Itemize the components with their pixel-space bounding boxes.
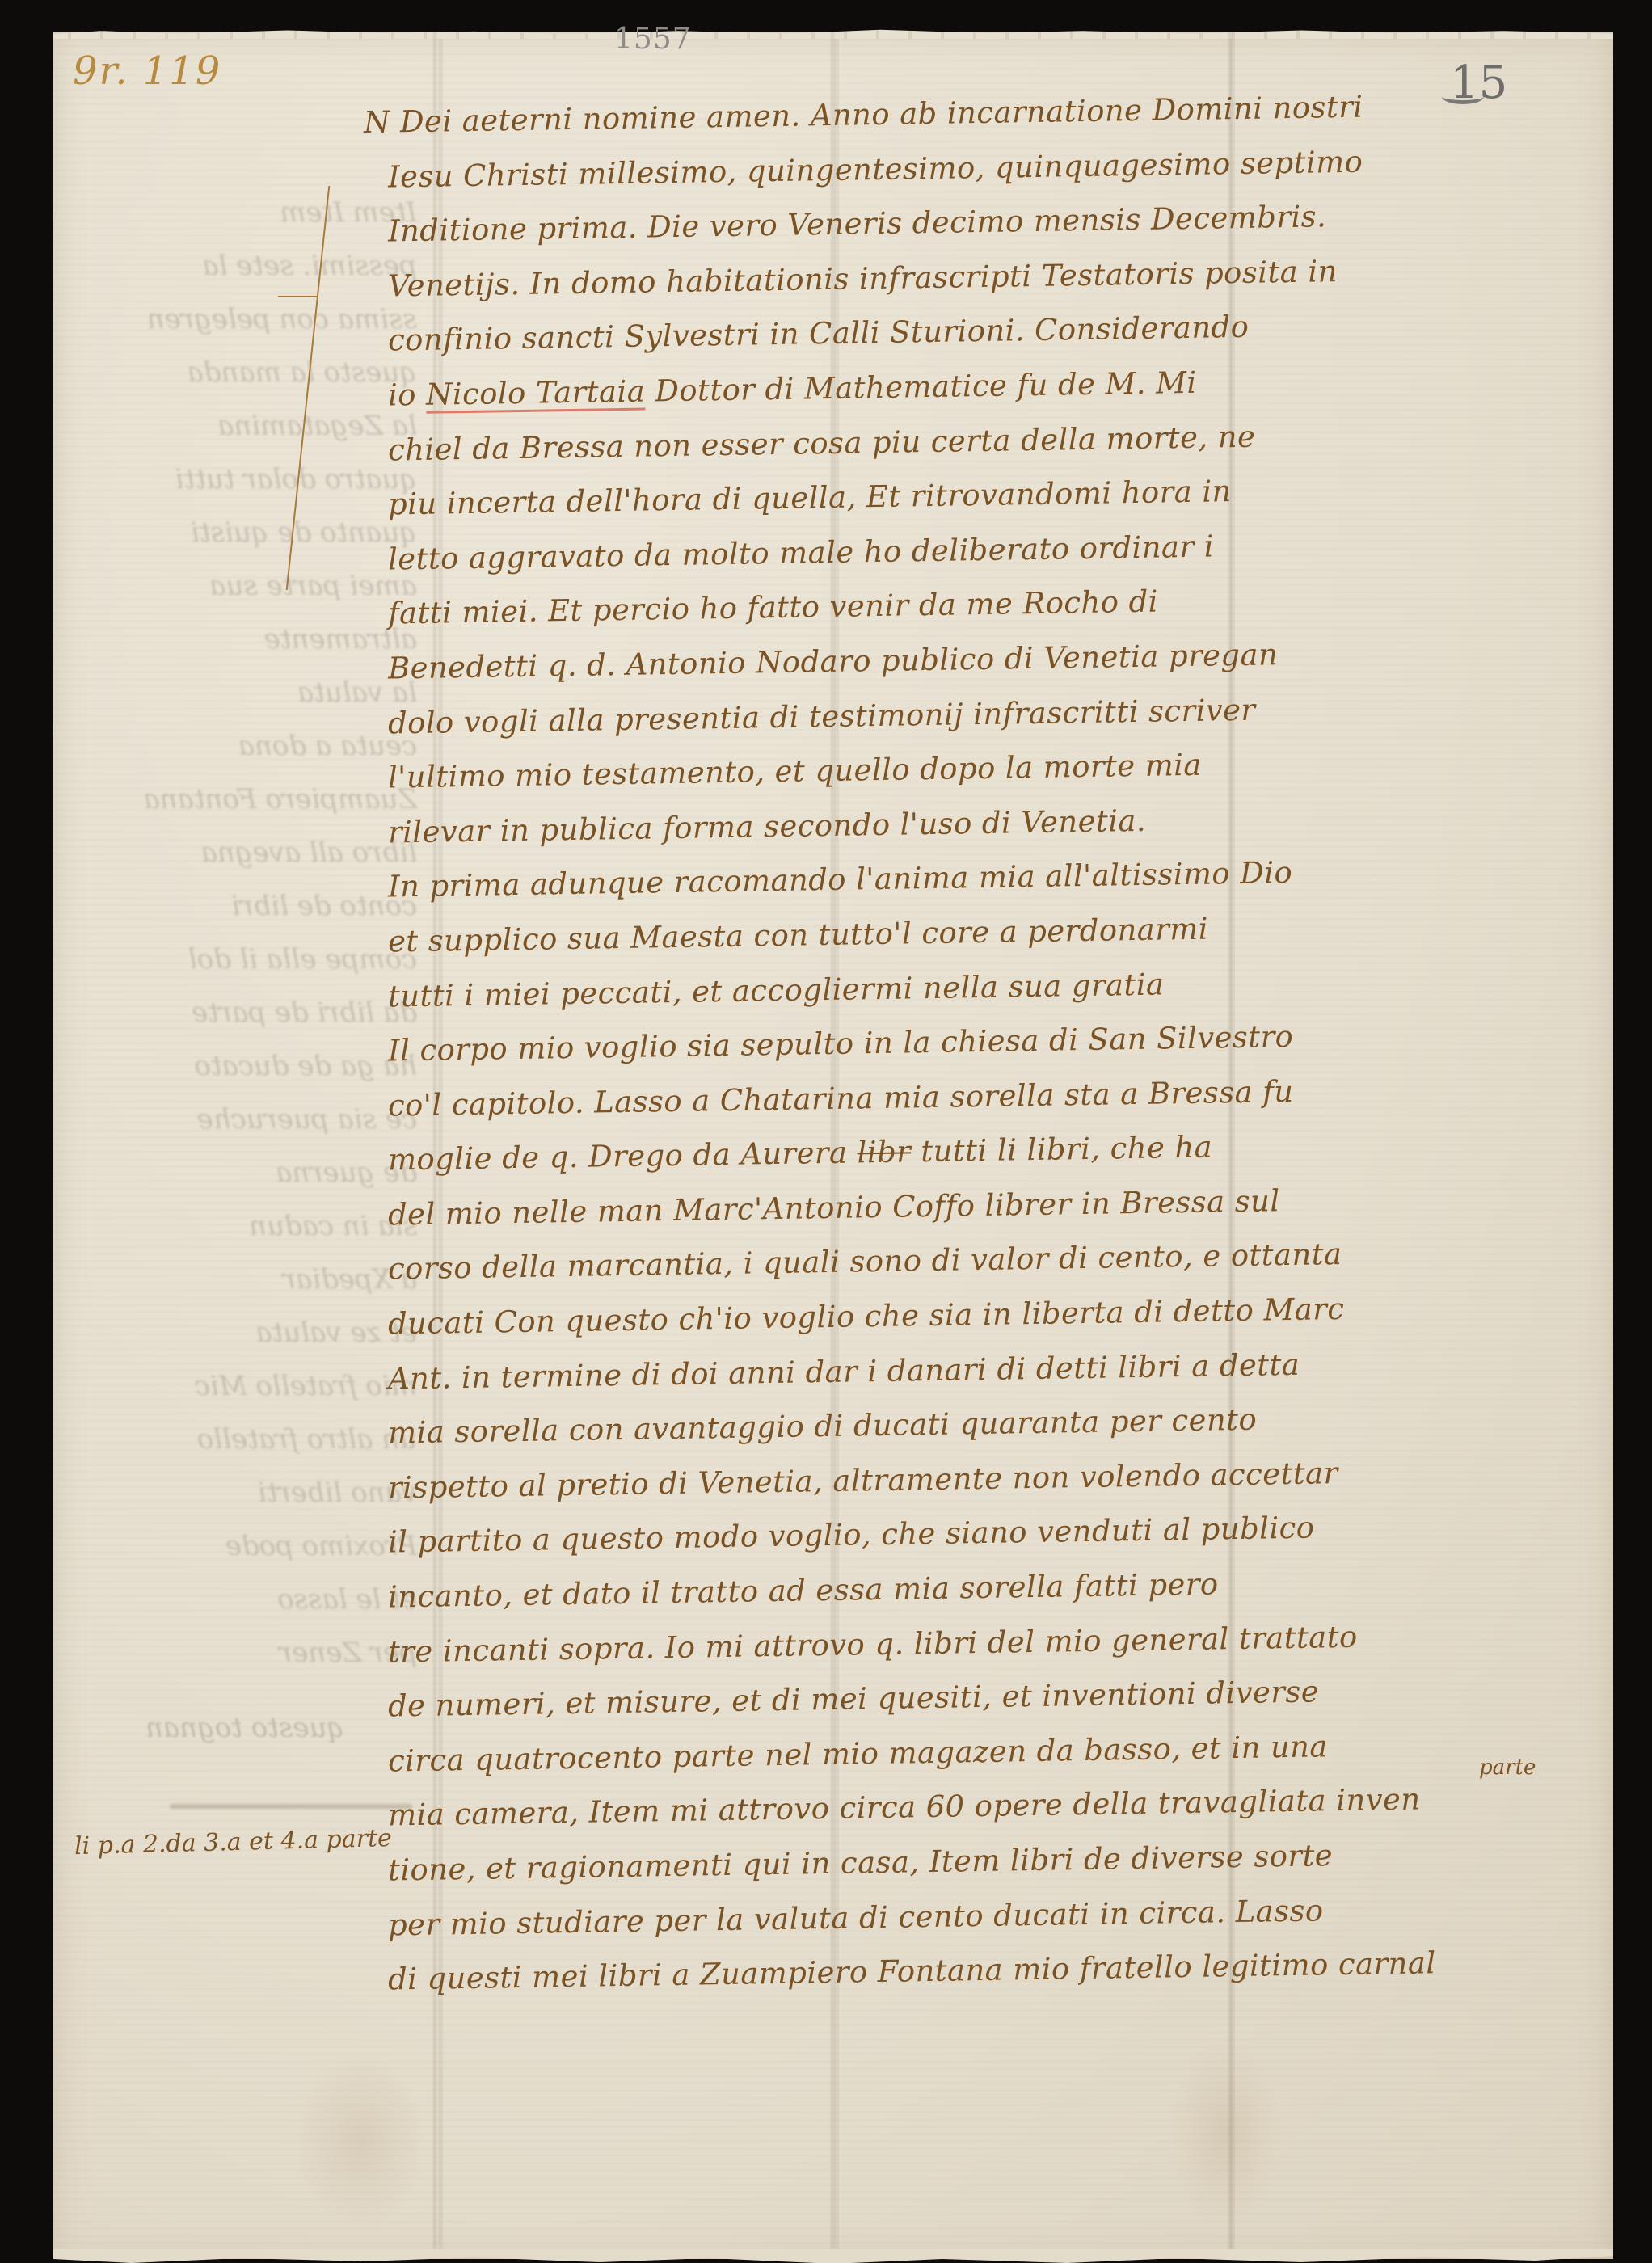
year-pencil-note: 1557 [614, 23, 692, 56]
struck-word: libr [857, 1135, 911, 1170]
folio-number-ink: 9r. 119 [73, 48, 221, 94]
water-stain [296, 2053, 425, 2231]
margin-bleed-through: questo tognan [145, 1712, 344, 1744]
text-line-prefix: moglie de q. Drego da Aurera [388, 1136, 858, 1178]
underlined-name-tartaglia: Nicolo Tartaia [426, 374, 646, 412]
margin-smudge [170, 1804, 412, 1809]
interlinear-insertion: parte [1479, 1755, 1536, 1780]
text-line-suffix: Dottor di Mathematice fu de M. Mi [645, 365, 1197, 409]
text-line-suffix: tutti li libri, che ha [911, 1130, 1213, 1169]
manuscript-body: N Dei aeterni nomine amen. Anno ab incar… [364, 95, 1576, 2008]
water-stain [1169, 2037, 1282, 2231]
text-line-prefix: io [388, 377, 427, 413]
